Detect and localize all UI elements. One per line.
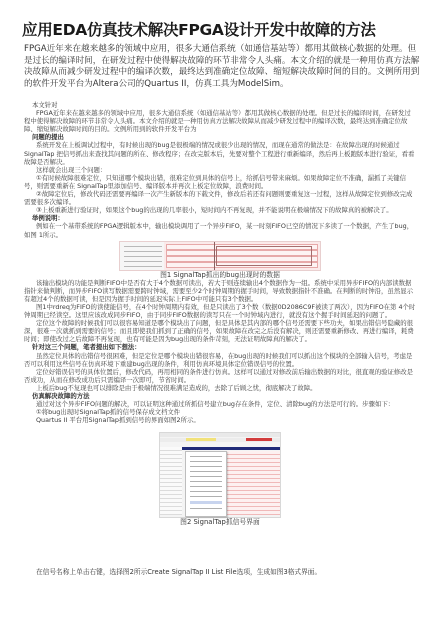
paragraph: 定位这个故障的时候我们可以很容易知道是哪个模块出了问题，但是具体是其内部的哪个信… — [24, 319, 416, 343]
figure-1-waveform — [119, 241, 321, 271]
document-body: 本文针对 FPGA近年来在越来越多的领域中应用，很多大通信系统（如通信基站等）都… — [24, 101, 416, 526]
document-title: 应用EDA仿真技术解决FPGA设计开发中故障的方法 — [22, 18, 376, 40]
paragraph: 上板后bug不复现也可以排除是由于极端情况很难满足造成的，去除了后顾之忧，彻底解… — [24, 384, 416, 392]
paragraph: 通过对这个异步FIFO问题的解决，可以证明这种通过所抓信号建立bug存在条件，定… — [24, 400, 416, 408]
paragraph: ②故障定位后，修改代码还需要再编译一次产生新版本的下载文件，修改后若还有问题则要… — [24, 190, 416, 206]
paragraph: 定位好错误信号的具体位置后，修改代码，再用相同的条件进行仿真。这样可以通过对修改… — [24, 368, 416, 384]
figure-1-caption: 图1 SignalTap抓出的bug出现时的数据 — [24, 271, 416, 279]
paragraph: Quartus II 平台用SignalTap抓到信号的界面如图2所示。 — [24, 416, 416, 424]
paragraph: FPGA近年来在越来越多的领域中应用，很多大通信系统（如通信基站等）都用其做核心… — [24, 109, 416, 133]
figure-2-caption: 图2 SignalTap抓信号界面 — [24, 518, 416, 526]
figure-2-signaltap-screenshot — [159, 432, 281, 518]
paragraph: ③上板重新进行验证时，如果这个bug的出现的几率很小，短时间内不再复现，并不能说… — [24, 206, 416, 214]
status-field-yellow — [186, 438, 216, 441]
highlight-box — [216, 246, 312, 266]
paragraph: ①有时候故障很难定位，只知道哪个模块出错，很难定位到具体的信号上，给抓信号带来麻… — [24, 174, 416, 190]
section-heading: 针对这三个问题，笔者提出如下想法： — [24, 343, 416, 351]
toolbar — [160, 433, 280, 437]
paragraph: 虽然定位具体的出错信号很困难，但是定位是哪个模块出错很容易，在bug出现的时候我… — [24, 352, 416, 368]
time-cursor — [214, 242, 215, 270]
paragraph: 例如在一个基带系统的FPGA逻辑版本中，输出模块调用了一个异步FIFO，某一时刻… — [24, 222, 416, 238]
paragraph: 图1中rdreq为FIFO的读使能信号，在4个时钟周期内有效，但是只读出了3个数… — [24, 303, 416, 319]
status-field-red — [246, 438, 272, 441]
node-list — [160, 447, 182, 515]
paragraph: 系统开发在上板调试过程中，有时候出现的bug是很极端的情况或很少出现的情况，而现… — [24, 141, 416, 165]
paragraph: 这样就会出现三个问题： — [24, 166, 416, 174]
intro-paragraph: FPGA近年来在越来越多的领域中应用，很多大通信系统（如通信基站等）都用其做核心… — [24, 44, 424, 90]
section-heading: 仿真解决故障的方法 — [24, 392, 416, 400]
signal-name-column — [120, 242, 164, 270]
selected-row — [182, 447, 280, 450]
paragraph: 在信号名称上单击右键，选择图2所示Create SignalTap II Lis… — [36, 566, 321, 576]
section-heading: 本文针对 — [24, 101, 416, 109]
paragraph: 该输出模块的功能是判断FIFO中是否有大于4个数据可读出，若大于则连续输出4个数… — [24, 279, 416, 303]
context-menu — [185, 451, 227, 517]
